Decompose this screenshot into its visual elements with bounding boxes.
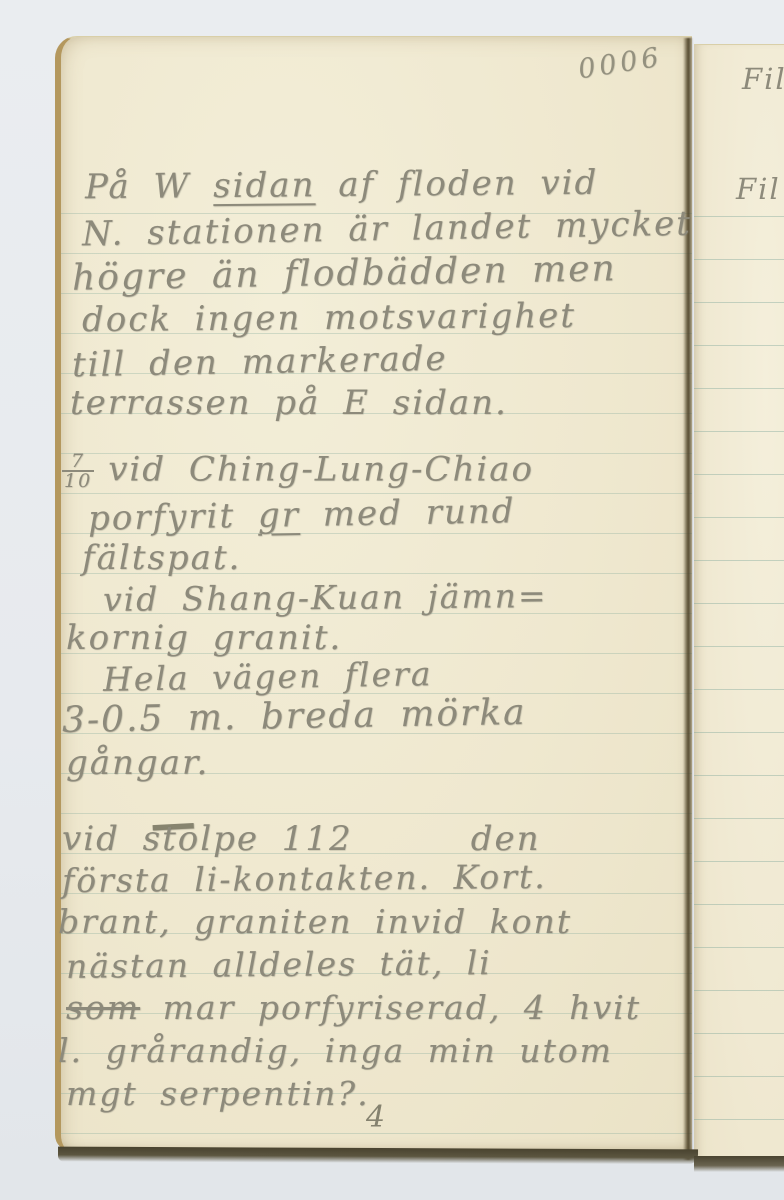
handwriting-line: Hela vägen flera [103, 657, 433, 696]
handwriting-line: dock ingen motsvarighet [82, 299, 576, 337]
handwriting-line: som mar porfyriserad, 4 hvit [66, 991, 641, 1024]
notebook-right-page [694, 44, 784, 1161]
ruled-lines-right [694, 216, 784, 1161]
handwriting-line: 3-0.5 m. breda mörka [62, 695, 527, 739]
handwriting-line: l. grårandig, inga min utom [58, 1034, 613, 1067]
handwriting-line: 710vid Ching-Lung-Chiao [62, 452, 534, 490]
handwriting-line: gångar. [66, 746, 209, 780]
date-fraction: 710 [62, 452, 94, 490]
handwriting-line: terrassen på E sidan. [70, 386, 508, 420]
handwriting-line: På W sidan af floden vid [85, 166, 599, 204]
handwriting-line: N. stationen är landet mycket [82, 207, 692, 252]
handwriting-line: kornig granit. [66, 621, 342, 655]
handwriting-line: första li-kontakten. Kort. [62, 860, 547, 897]
handwriting-line: vid stolpe 112den [62, 822, 541, 856]
right-page-text-fragment: Fil [736, 172, 781, 206]
page-stack-shadow-left [58, 1147, 698, 1165]
handwriting-line: fältspat. [82, 541, 241, 575]
right-page-text-fragment: Fil [742, 62, 784, 96]
handwriting-line: vid Shang-Kuan jämn= [103, 579, 548, 616]
handwriting-line: nästan alldeles tät, li [66, 946, 492, 983]
handwriting-line: högre än flodbädden men [72, 251, 617, 297]
handwriting-line: porfyrit gr med rund [88, 494, 516, 535]
notebook-scan: 0006 På W sidan af floden vid N. station… [0, 0, 784, 1200]
handwriting-line: brant, graniten invid kont [58, 905, 572, 938]
page-stack-shadow-right [694, 1156, 784, 1172]
handwriting-line: mgt serpentin?. [66, 1077, 370, 1110]
handwriting-line: till den markerade [72, 342, 448, 383]
page-number: 4 [366, 1100, 385, 1135]
